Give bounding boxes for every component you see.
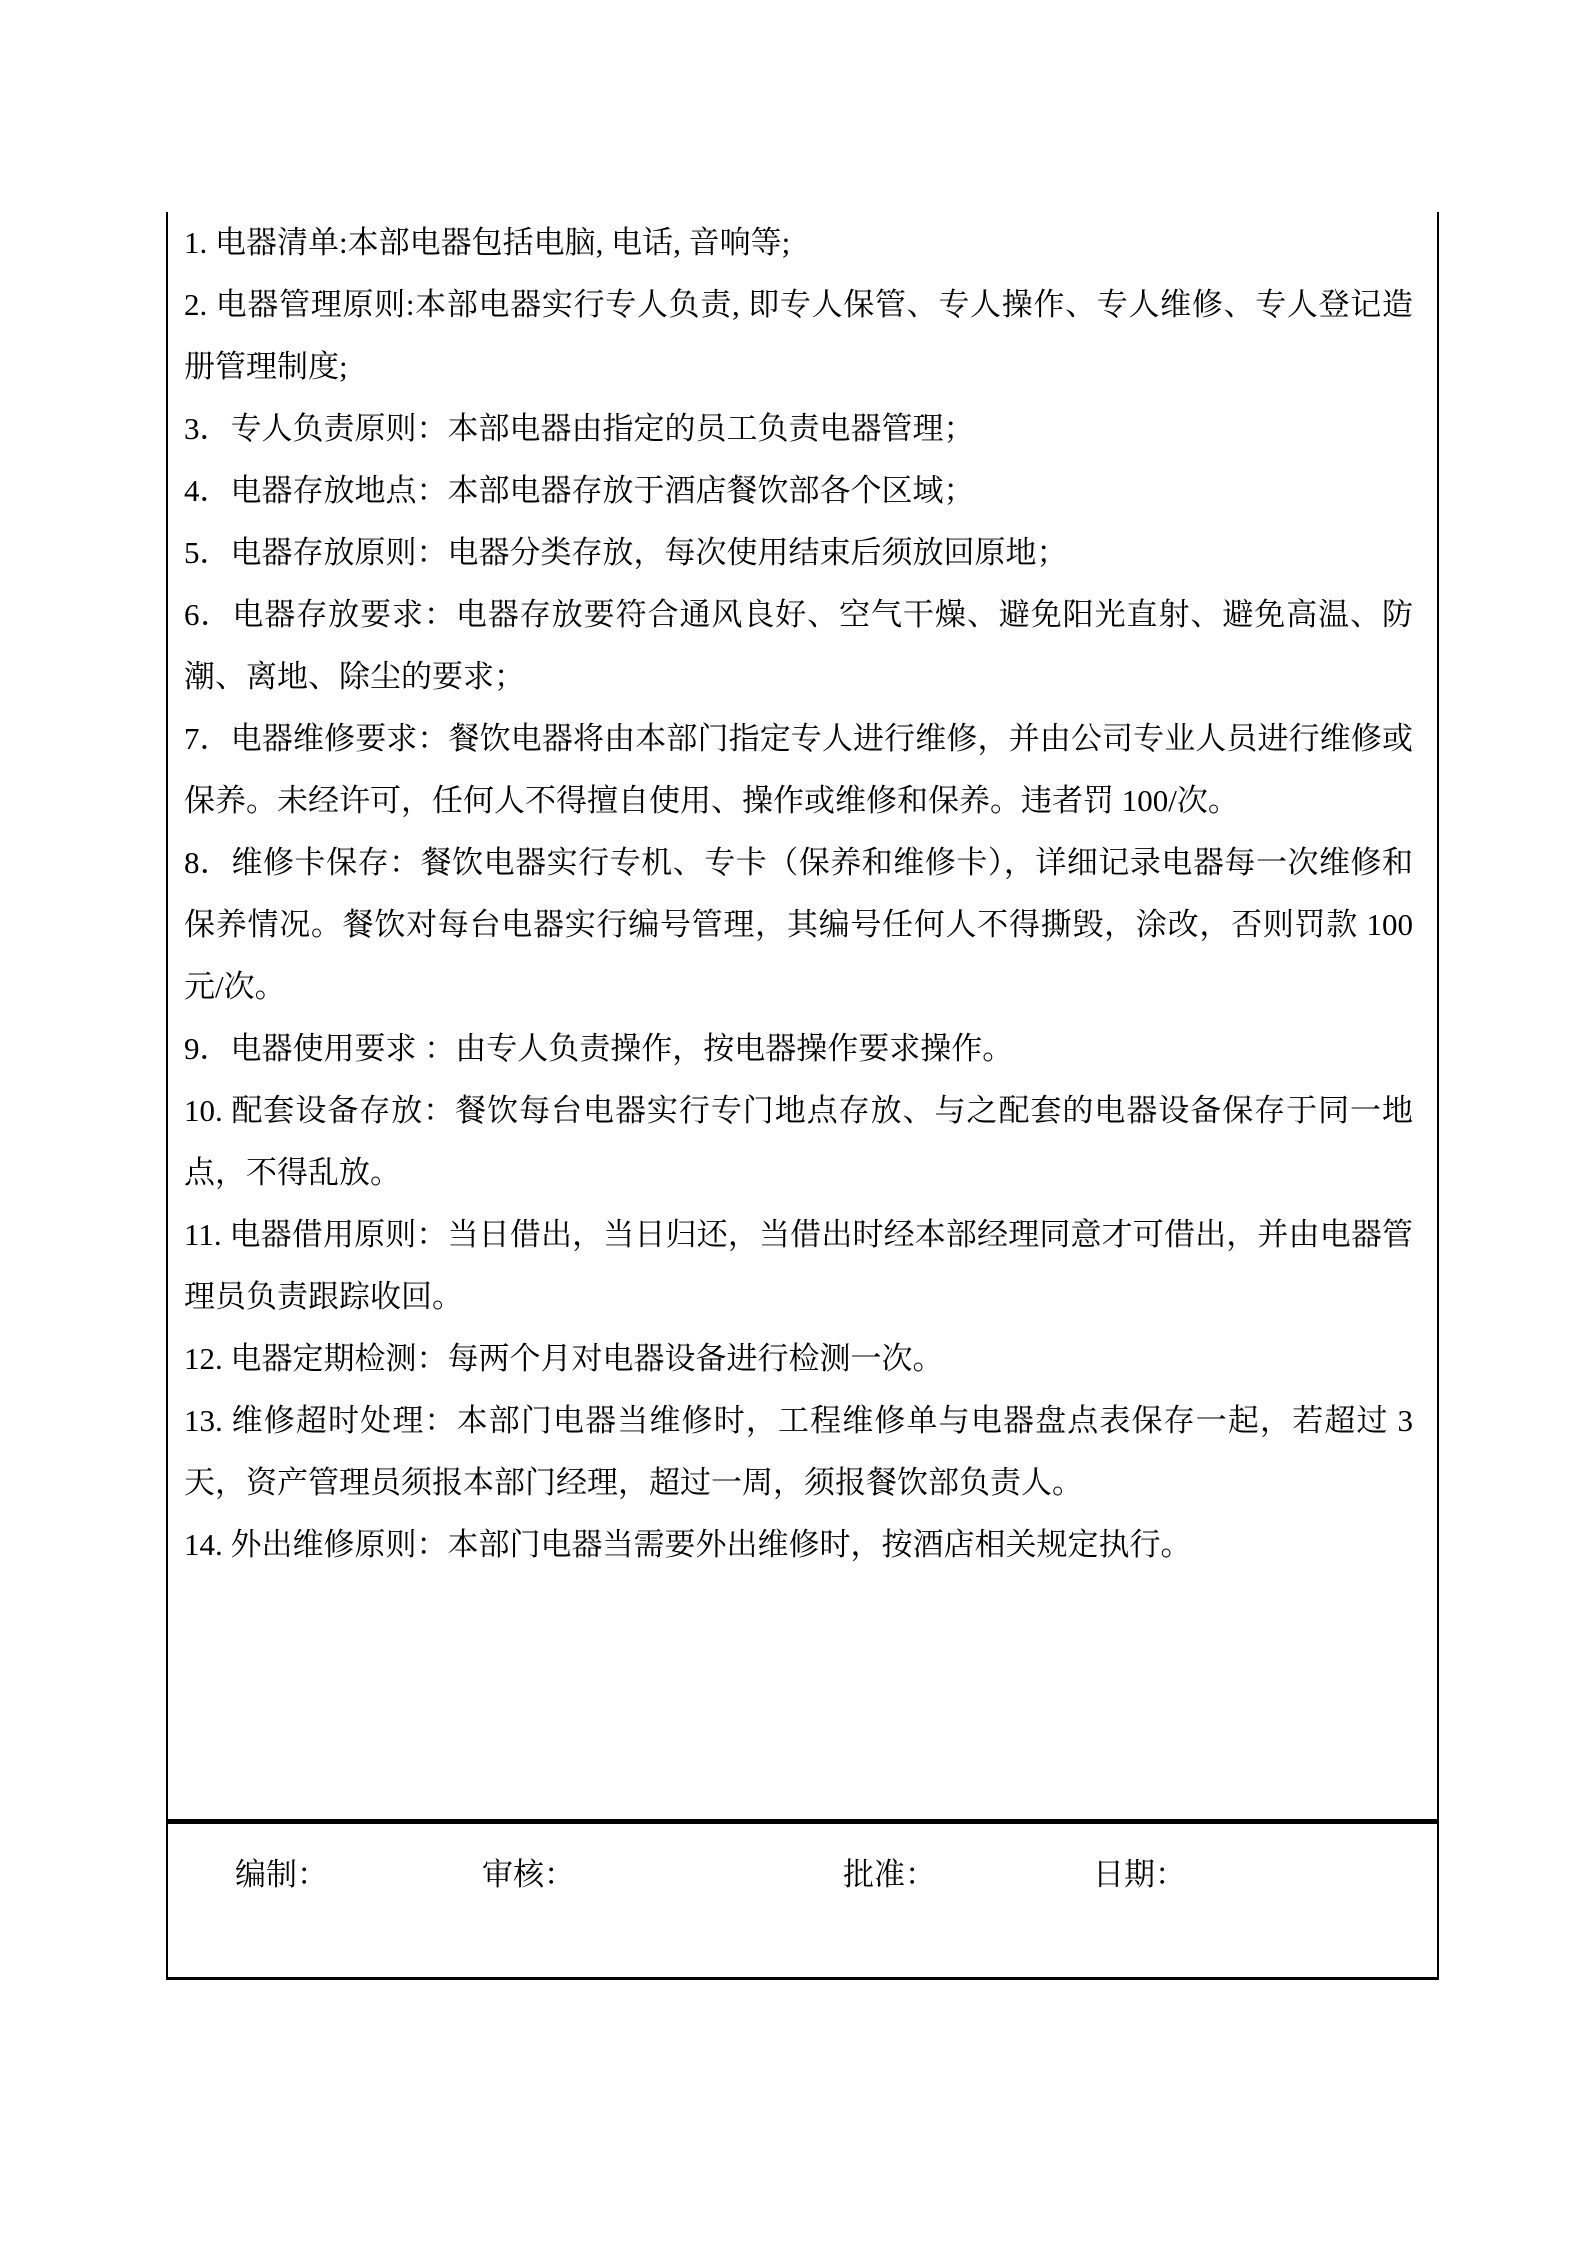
signature-row: 编制： 审核： 批准： 日期： [168, 1819, 1437, 1977]
regulation-item: 5．电器存放原则：电器分类存放，每次使用结束后须放回原地； [184, 522, 1413, 584]
regulation-item: 10. 配套设备存放：餐饮每台电器实行专门地点存放、与之配套的电器设备保存于同一… [184, 1080, 1413, 1204]
regulation-item: 13. 维修超时处理：本部门电器当维修时，工程维修单与电器盘点表保存一起，若超过… [184, 1390, 1413, 1514]
regulation-item: 9．电器使用要求 ：由专人负责操作，按电器操作要求操作。 [184, 1018, 1413, 1080]
regulation-item: 7．电器维修要求：餐饮电器将由本部门指定专人进行维修，并由公司专业人员进行维修或… [184, 708, 1413, 832]
reviewed-by-label: 审核： [482, 1857, 575, 1893]
regulations-table: 1. 电器清单:本部电器包括电脑, 电话, 音响等;2. 电器管理原则:本部电器… [166, 212, 1439, 1980]
regulation-item: 8．维修卡保存：餐饮电器实行专机、专卡（保养和维修卡），详细记录电器每一次维修和… [184, 832, 1413, 1018]
regulation-item: 11. 电器借用原则：当日借出，当日归还，当借出时经本部经理同意才可借出，并由电… [184, 1204, 1413, 1328]
regulation-item: 14. 外出维修原则：本部门电器当需要外出维修时，按酒店相关规定执行。 [184, 1514, 1413, 1576]
regulation-item: 3．专人负责原则：本部电器由指定的员工负责电器管理； [184, 398, 1413, 460]
prepared-by-label: 编制： [235, 1857, 328, 1893]
regulation-item: 1. 电器清单:本部电器包括电脑, 电话, 音响等; [184, 212, 1413, 274]
regulation-list: 1. 电器清单:本部电器包括电脑, 电话, 音响等;2. 电器管理原则:本部电器… [168, 212, 1437, 1819]
regulation-item: 6．电器存放要求：电器存放要符合通风良好、空气干燥、避免阳光直射、避免高温、防潮… [184, 584, 1413, 708]
regulation-item: 12. 电器定期检测：每两个月对电器设备进行检测一次。 [184, 1328, 1413, 1390]
regulation-item: 4．电器存放地点：本部电器存放于酒店餐饮部各个区域； [184, 460, 1413, 522]
date-label: 日期： [1093, 1857, 1186, 1893]
document-page: 1. 电器清单:本部电器包括电脑, 电话, 音响等;2. 电器管理原则:本部电器… [0, 0, 1587, 2245]
regulation-item: 2. 电器管理原则:本部电器实行专人负责, 即专人保管、专人操作、专人维修、专人… [184, 274, 1413, 398]
approved-by-label: 批准： [843, 1857, 936, 1893]
